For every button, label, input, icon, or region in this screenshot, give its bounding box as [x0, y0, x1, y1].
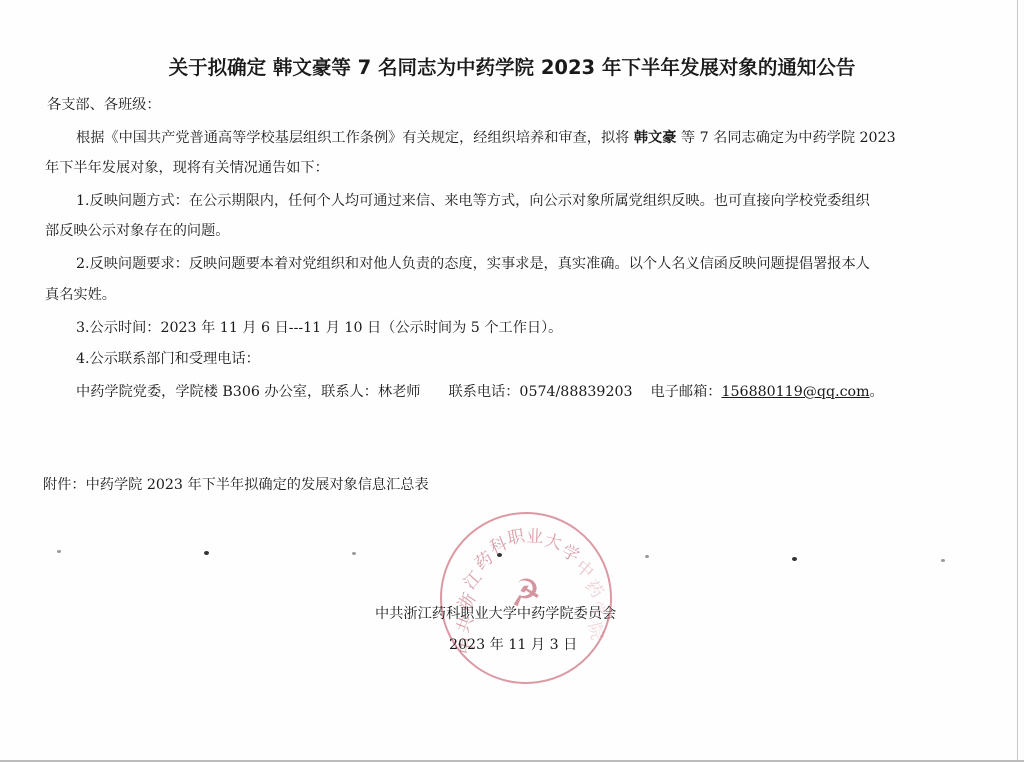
email-suffix: 。: [870, 384, 884, 400]
stamp-char: 业: [526, 522, 544, 548]
candidate-name: 韩文豪: [634, 130, 677, 146]
scan-speck: [57, 550, 61, 553]
stamp-char: 职: [505, 521, 526, 549]
salutation: 各支部、各班级：: [47, 94, 161, 114]
intro-text-before: 根据《中国共产党普通高等学校基层组织工作条例》有关规定，经组织培养和审查，拟将: [76, 130, 634, 146]
contact-office: 中药学院党委，学院楼 B306 办公室，联系人：林老师: [76, 384, 420, 400]
attachment-note: 附件：中药学院 2023 年下半年拟确定的发展对象信息汇总表: [43, 474, 429, 494]
signature-date: 2023 年 11 月 3 日: [449, 634, 577, 654]
item-2-line1: 2.反映问题要求：反映问题要本着对党组织和对他人负责的态度，实事求是，真实准确。…: [76, 253, 870, 273]
intro-paragraph-line1: 根据《中国共产党普通高等学校基层组织工作条例》有关规定，经组织培养和审查，拟将 …: [76, 127, 896, 147]
email-label: 电子邮箱：: [651, 384, 722, 400]
page-right-border: [1017, 0, 1018, 762]
scan-speck: [792, 557, 797, 561]
item-1-line1: 1.反映问题方式：在公示期限内，任何个人均可通过来信、来电等方式，向公示对象所属…: [76, 190, 870, 210]
intro-paragraph-line2: 年下半年发展对象，现将有关情况通告如下：: [45, 157, 329, 177]
signature-organization: 中共浙江药科职业大学中药学院委员会: [375, 603, 616, 623]
phone-label: 联系电话：: [448, 384, 519, 400]
intro-text-after: 等 7 名同志确定为中药学院 2023: [676, 130, 895, 146]
phone-number: 0574/88839203: [519, 384, 632, 400]
scan-speck: [941, 559, 945, 562]
scan-speck: [204, 551, 209, 555]
document-title: 关于拟确定 韩文豪等 7 名同志为中药学院 2023 年下半年发展对象的通知公告: [0, 52, 1024, 80]
item-1-line2: 部反映公示对象存在的问题。: [45, 220, 229, 240]
item-3-publicity-period: 3.公示时间：2023 年 11 月 6 日---11 月 10 日（公示时间为…: [76, 317, 562, 337]
item-2-line2: 真名实姓。: [45, 284, 116, 304]
official-seal-stamp: ☭ 中 共 浙 江 药 科 职 业 大 学 中 药 学 院: [429, 501, 623, 695]
item-4-contact-heading: 4.公示联系部门和受理电话：: [76, 348, 260, 368]
contact-line: 中药学院党委，学院楼 B306 办公室，联系人：林老师联系电话：0574/888…: [76, 381, 884, 401]
scan-speck: [645, 555, 649, 558]
scan-speck: [352, 552, 356, 555]
document-page: 关于拟确定 韩文豪等 7 名同志为中药学院 2023 年下半年发展对象的通知公告…: [0, 0, 1016, 760]
email-link[interactable]: 156880119@qq.com: [721, 384, 869, 400]
